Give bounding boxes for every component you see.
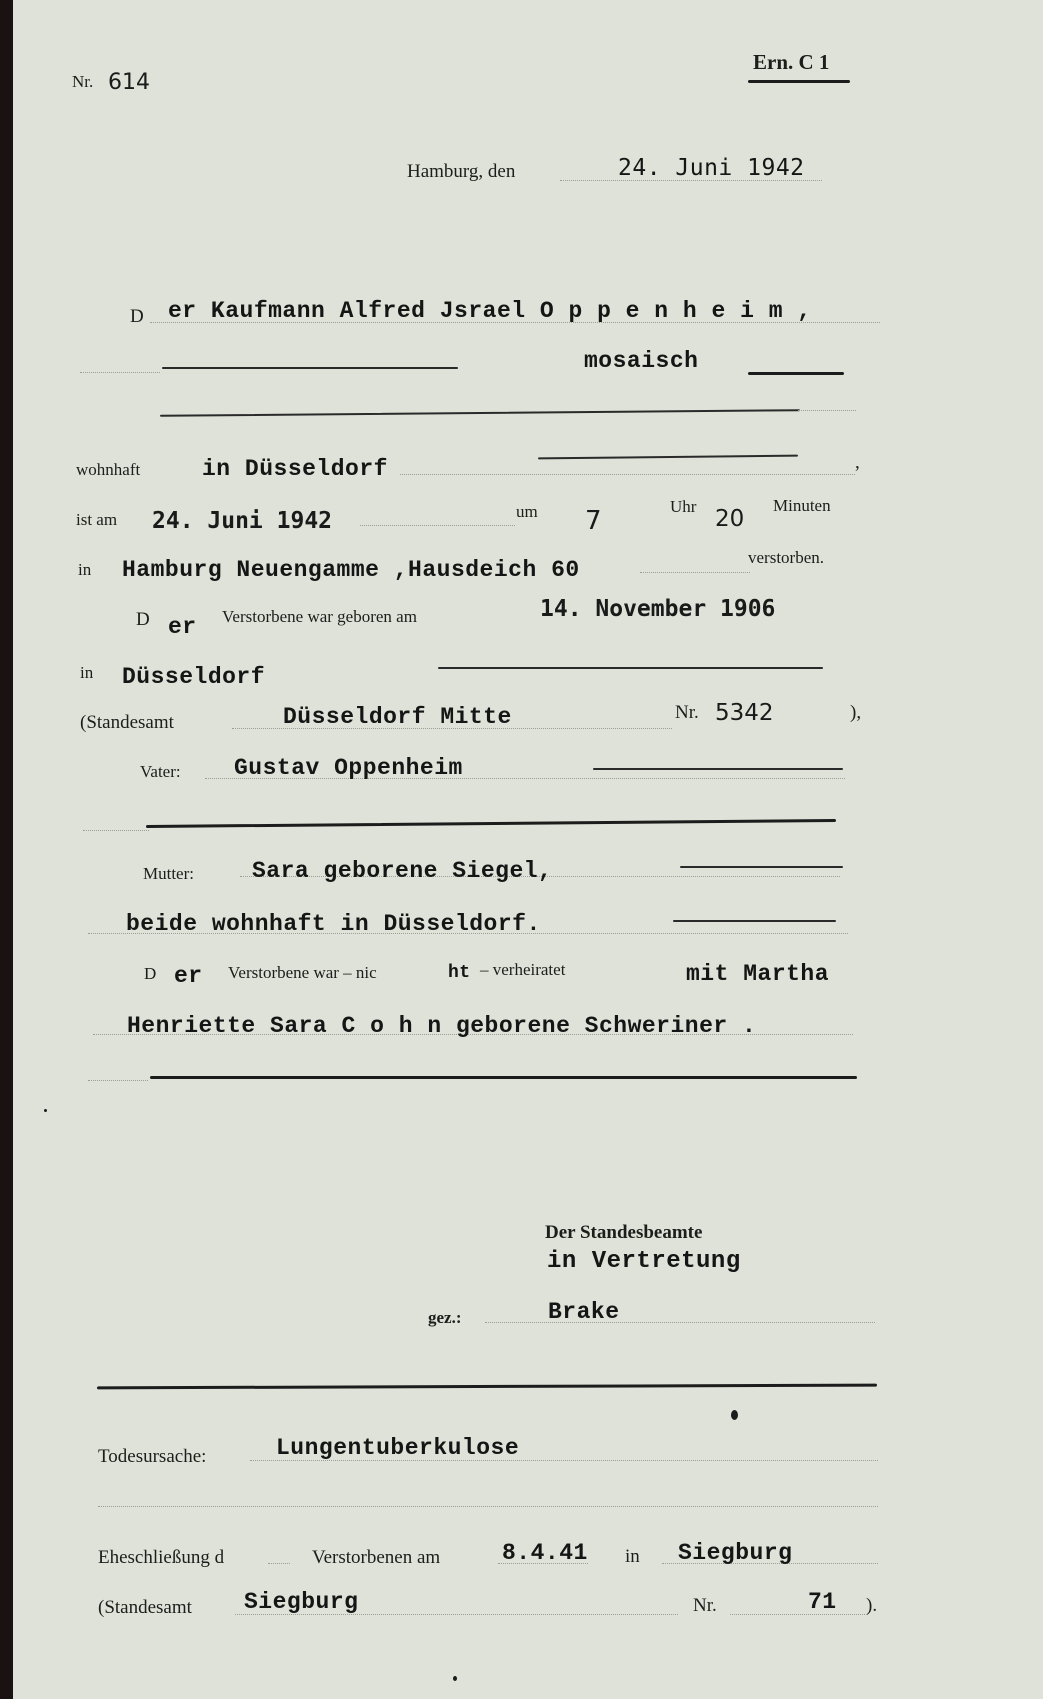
marriage-date: 8.4.41 [502, 1540, 588, 1566]
article-prefix: D [130, 306, 144, 328]
spouse-first-name: mit Martha [686, 961, 829, 987]
birth-registry: Düsseldorf Mitte [283, 704, 512, 730]
scan-edge [0, 0, 13, 1699]
record-number: 614 [108, 70, 150, 95]
death-date: 24. Juni 1942 [152, 508, 332, 534]
issue-date: 24. Juni 1942 [618, 155, 805, 181]
birth-place: Düsseldorf [122, 664, 265, 690]
father-name: Gustav Oppenheim [234, 755, 463, 781]
birth-registry-number: 5342 [715, 700, 774, 726]
death-date-label: ist am [76, 510, 117, 530]
strikeout-mark: ht [448, 963, 471, 983]
death-place: Hamburg Neuengamme ,Hausdeich 60 [122, 557, 580, 583]
spouse-name: Henriette Sara C o h n geborene Schwerin… [127, 1013, 756, 1039]
marriage-place: Siegburg [678, 1540, 792, 1566]
cause-of-death: Lungentuberkulose [276, 1435, 519, 1461]
record-number-label: Nr. [72, 72, 93, 92]
place-date-label: Hamburg, den [407, 161, 515, 183]
registrar-title: Der Standesbeamte [545, 1222, 702, 1244]
marriage-registry-number: 71 [808, 1589, 837, 1615]
deceased-name: er Kaufmann Alfred Jsrael O p p e n h e … [168, 298, 812, 324]
cause-label: Todesursache: [98, 1446, 206, 1468]
death-hour: 7 [585, 506, 602, 536]
registrar-signature: Brake [548, 1299, 620, 1325]
birth-date: 14. November 1906 [540, 596, 775, 622]
mother-name: Sara geborene Siegel, [252, 858, 552, 884]
form-code-underline [748, 80, 850, 83]
marriage-registry: Siegburg [244, 1589, 358, 1615]
parents-residence: beide wohnhaft in Düsseldorf. [126, 911, 541, 937]
religion: mosaisch [584, 348, 698, 374]
residence: in Düsseldorf [202, 456, 388, 482]
form-code: Ern. C 1 [753, 50, 829, 75]
death-minutes: 20 [715, 506, 744, 532]
document-paper [13, 0, 1043, 1699]
registrar-deputy: in Vertretung [547, 1248, 741, 1275]
residence-label: wohnhaft [76, 460, 140, 480]
